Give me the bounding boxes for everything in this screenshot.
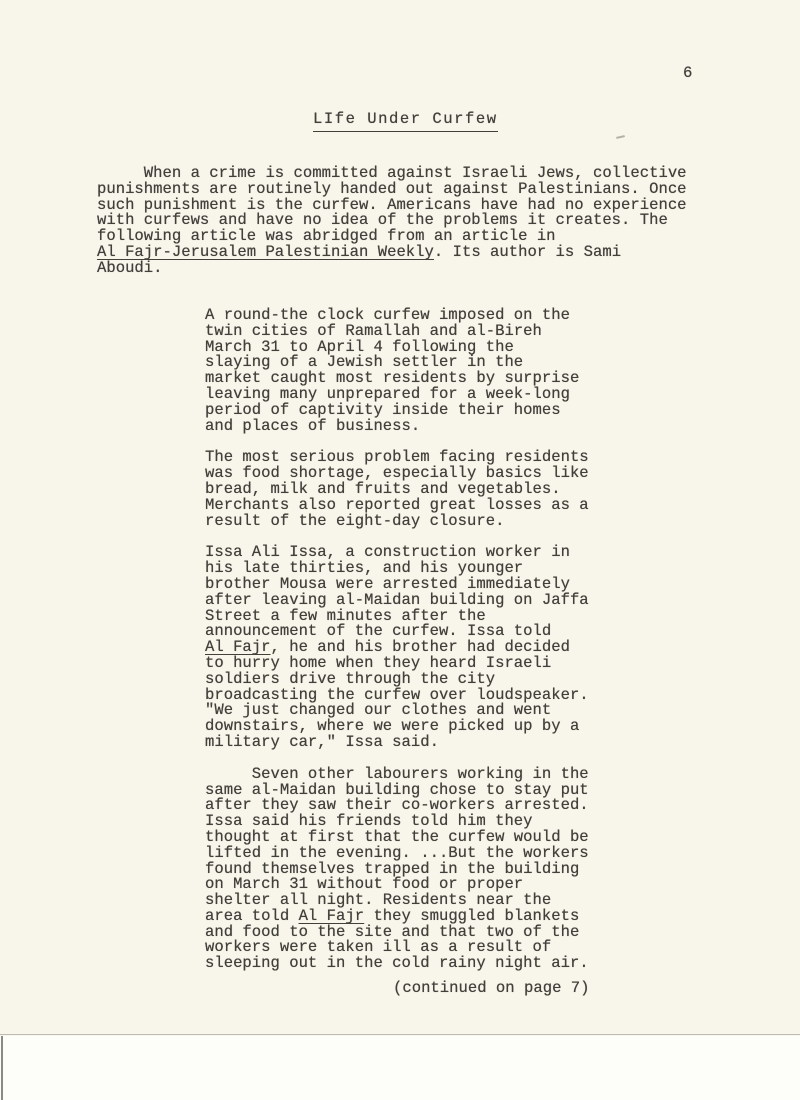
continued-note: (continued on page 7) bbox=[393, 981, 590, 997]
text-line: sleeping out in the cold rainy night air… bbox=[205, 956, 589, 972]
text-line: military car," Issa said. bbox=[205, 735, 589, 751]
scanned-page: { "colors": { "paper": "#f8f5eb", "paper… bbox=[0, 0, 800, 1100]
scan-edge-line bbox=[0, 1034, 800, 1035]
quote-paragraph: The most serious problem facing resident… bbox=[205, 450, 589, 529]
document-sheet: 6 LIfe Under Curfew When a crime is comm… bbox=[0, 0, 800, 1100]
text-line: Aboudi. bbox=[97, 261, 687, 277]
text-line: Al Fajr-Jerusalem Palestinian Weekly. It… bbox=[97, 245, 687, 261]
quote-paragraph: A round-the clock curfew imposed on thet… bbox=[205, 308, 589, 434]
scan-edge-mark bbox=[1, 1036, 3, 1100]
scan-artifact bbox=[616, 135, 625, 139]
quote-paragraph: Seven other labourers working in thesame… bbox=[205, 767, 589, 972]
page-title: LIfe Under Curfew bbox=[313, 112, 498, 132]
page-number: 6 bbox=[683, 66, 692, 82]
article-excerpt: A round-the clock curfew imposed on thet… bbox=[205, 308, 589, 988]
text-line: result of the eight-day closure. bbox=[205, 514, 589, 530]
scan-edge bbox=[0, 1036, 800, 1100]
text-line: and places of business. bbox=[205, 419, 589, 435]
intro-paragraph: When a crime is committed against Israel… bbox=[97, 166, 687, 277]
quote-paragraph: Issa Ali Issa, a construction worker inh… bbox=[205, 545, 589, 750]
